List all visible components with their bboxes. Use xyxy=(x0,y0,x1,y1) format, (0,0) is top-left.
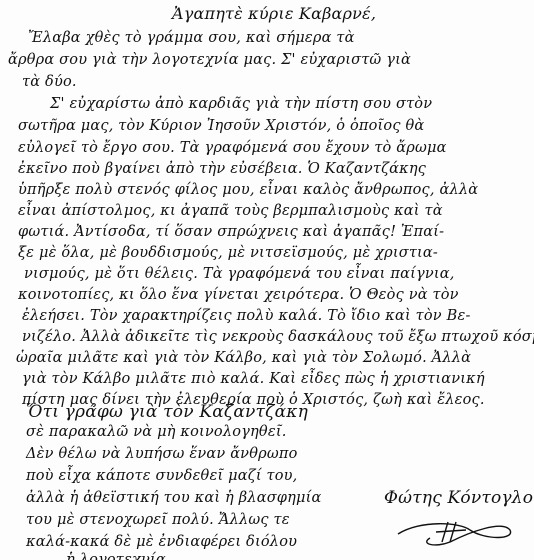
salutation: Ἀγαπητὲ κύριε Καβαρνέ, xyxy=(172,4,376,23)
letter-line: ποὺ εἶχα κάποτε συνδεθεῖ μαζί του, xyxy=(26,468,298,484)
letter-page: Ἀγαπητὲ κύριε Καβαρνέ, Ἔλαβα χθὲς τὸ γρά… xyxy=(0,0,534,560)
letter-line: ἐλεήσει. Τὸν χαρακτηρίζεις πολὺ καλά. Τὸ… xyxy=(22,308,471,324)
letter-line: ἡ λογοτεχνία. xyxy=(66,552,171,560)
letter-line: γιὰ τὸν Κάλβο μιλᾶτε πιὸ καλά. Καὶ εἶδες… xyxy=(22,371,485,387)
letter-line: νιζέλο. Ἀλλὰ ἀδικεῖτε τὶς νεκροὺς δασκάλ… xyxy=(22,329,534,345)
letter-line: ἄρθρα σου γιὰ τὴν λογοτεχνία μας. Σ' εὐχ… xyxy=(8,52,411,68)
letter-line: ἐκεῖνο ποὺ βγαίνει ἀπὸ τὴν εὐσέβεια. Ὁ Κ… xyxy=(18,161,426,177)
letter-line: φωτιά. Ἀντίσοδα, τί ὅσαν σπρώχνεις καὶ ἀ… xyxy=(18,224,444,240)
letter-line: του μὲ στενοχωρεῖ πολύ. Ἄλλως τε xyxy=(26,512,290,528)
letter-line: Σ' εὐχαρίστω ἀπὸ καρδιᾶς γιὰ τὴν πίστη σ… xyxy=(50,96,432,112)
letter-line: Ὅτι γράφω γιὰ τὸν Καζαντζάκη xyxy=(26,402,308,422)
letter-line: καλά-κακά δὲ μὲ ἐνδιαφέρει διόλου xyxy=(26,534,297,550)
letter-line: κοινοτοπίες, κι ὅλο ἕνα γίνεται χειρότερ… xyxy=(18,287,459,303)
letter-line: ἀλλὰ ἡ ἀθεϊστική του καὶ ἡ βλασφημία xyxy=(26,490,322,506)
signature-flourish-icon xyxy=(390,512,520,548)
signature: Φώτης Κόντογλου xyxy=(384,488,534,508)
letter-line: ξε μὲ ὅλα, μὲ βουδδισμούς, μὲ νιτσεϊσμού… xyxy=(18,245,438,261)
letter-line: ὑπῆρξε πολὺ στενός φίλος μου, εἶναι καλὸ… xyxy=(18,182,478,198)
letter-line: ὡραῖα μιλᾶτε καὶ γιὰ τὸν Κάλβο, καὶ γιὰ … xyxy=(16,350,471,366)
letter-line: Ἔλαβα χθὲς τὸ γράμμα σου, καὶ σήμερα τὰ xyxy=(28,30,355,46)
letter-line: εὐλογεῖ τὸ ἔργο σου. Τὰ γραφόμενά σου ἔχ… xyxy=(18,140,447,156)
letter-line: τὰ δύο. xyxy=(22,74,77,90)
letter-line: σωτῆρα μας, τὸν Κύριον Ἰησοῦν Χριστόν, ὁ… xyxy=(18,118,424,134)
letter-line: νισμούς, μὲ ὅτι θέλεις. Τὰ γραφόμενά του… xyxy=(24,266,455,282)
letter-line: σὲ παρακαλῶ νὰ μὴ κοινολογηθεῖ. xyxy=(26,424,287,440)
letter-line: εἶναι ἀπίστολμος, κι ἀγαπᾶ τοὺς βερμπαλι… xyxy=(18,203,443,219)
letter-line: Δὲν θέλω νὰ λυπήσω ἕναν ἄνθρωπο xyxy=(26,446,298,462)
